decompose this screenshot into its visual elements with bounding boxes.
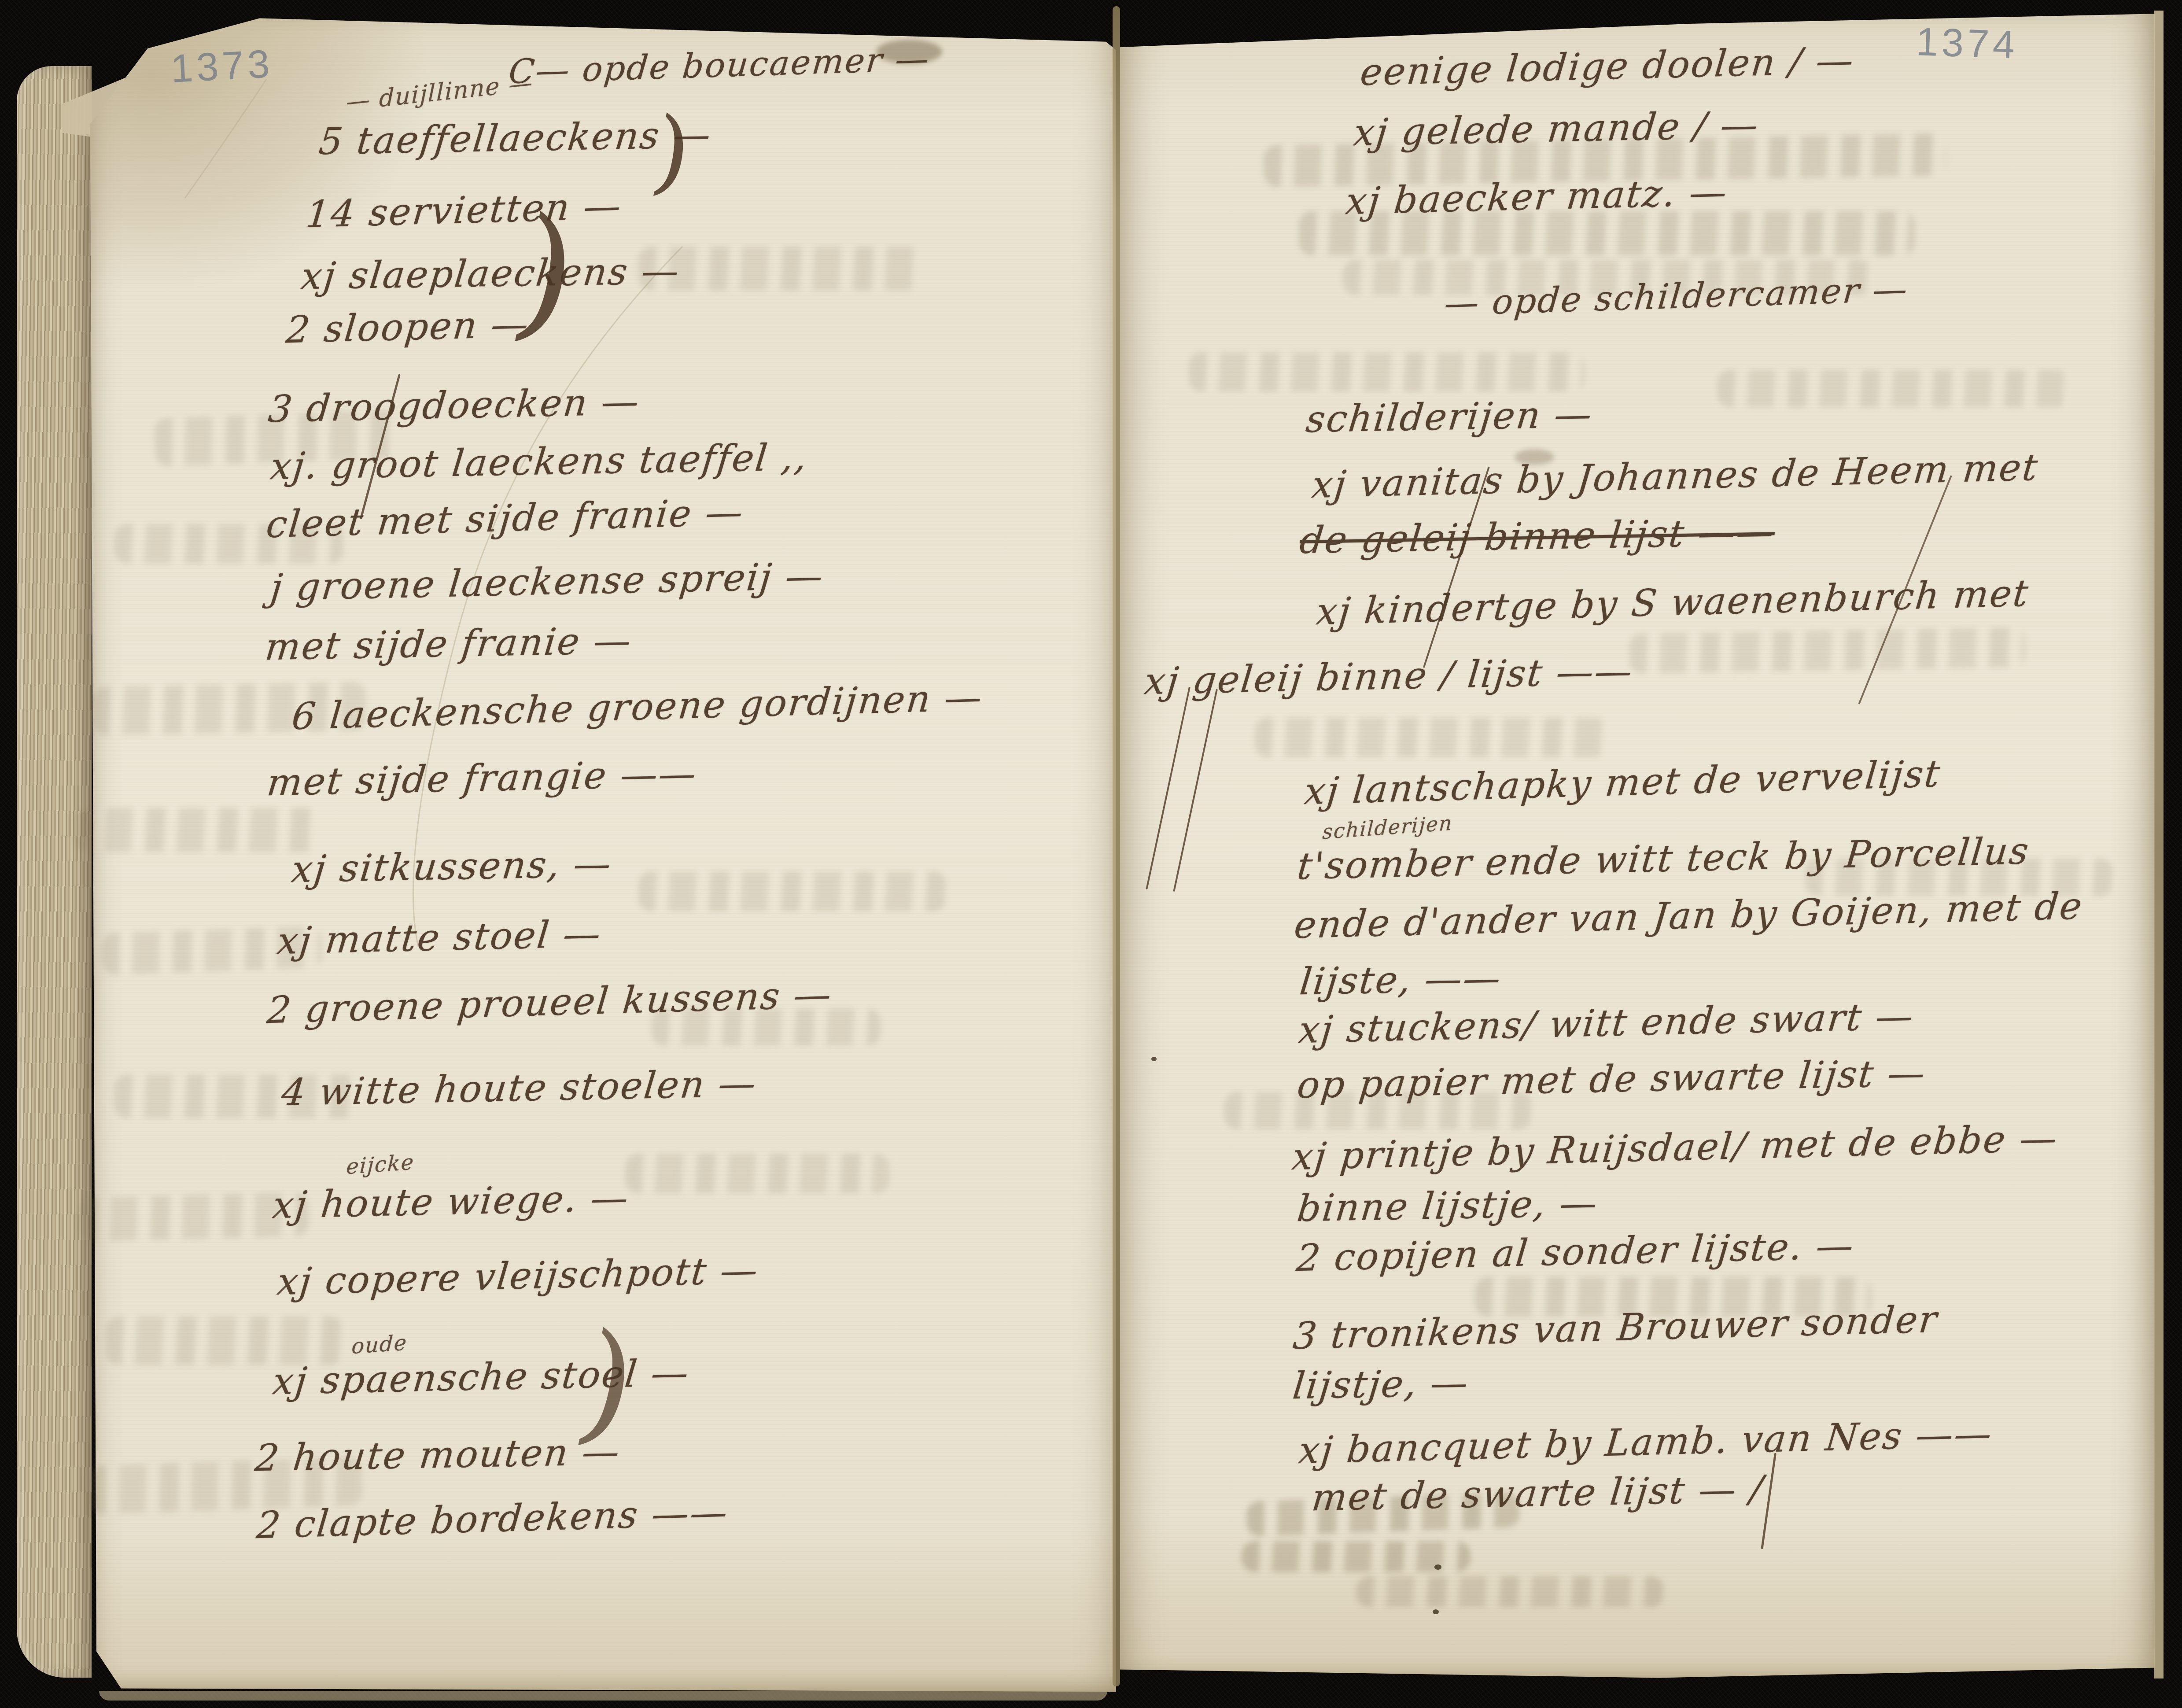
manuscript-line: 2 houte mouten —	[253, 1430, 623, 1480]
manuscript-line: lijstje, —	[1291, 1361, 1471, 1407]
manuscript-line: lijste, ——	[1298, 956, 1504, 1003]
manuscript-line-struck: de geleij binne lijst ——	[1298, 510, 1777, 562]
ink-speck	[1151, 1057, 1157, 1061]
pencil-folio-number-left: 1373	[170, 41, 274, 92]
manuscript-line: xj houte wiege. —	[271, 1176, 631, 1227]
ghost-bleedthrough	[625, 1154, 889, 1193]
right-page-edge	[2154, 11, 2164, 1678]
manuscript-line: xj gelede mande / —	[1352, 103, 1761, 154]
pencil-folio-number-right: 1374	[1915, 19, 2019, 68]
ghost-bleedthrough	[1629, 627, 2026, 674]
manuscript-line: xj slaeplaeckens —	[299, 249, 682, 298]
interlinear-word: oude	[351, 1330, 408, 1359]
interlinear-word: eijcke	[346, 1150, 415, 1179]
manuscript-line: binne lijstje, —	[1295, 1181, 1600, 1230]
manuscript-line: 4 witte houte stoelen —	[280, 1062, 759, 1114]
ghost-bleedthrough	[1189, 352, 1585, 392]
manuscript-line: xj sitkussens, —	[290, 842, 615, 891]
ghost-bleedthrough	[1717, 370, 2069, 407]
manuscript-line: xj matte stoel —	[275, 912, 604, 963]
book-fore-edge	[17, 66, 92, 1678]
ghost-bleedthrough	[1356, 1576, 1664, 1607]
manuscript-scan: 1373 1374 — duijllinne — C— opde boucaem…	[0, 0, 2182, 1708]
manuscript-line: met sijde frangie ——	[265, 752, 699, 804]
ink-speck	[1434, 1564, 1441, 1570]
ghost-bleedthrough	[75, 808, 321, 852]
manuscript-line: 3 droogdoecken —	[266, 380, 642, 431]
ghost-bleedthrough	[638, 872, 947, 911]
manuscript-line: 2 sloopen —	[284, 302, 531, 352]
manuscript-line: met sijde franie —	[263, 619, 634, 668]
bottom-page-stack	[99, 1691, 1107, 1701]
book-gutter	[1113, 6, 1120, 1686]
ink-speck	[1433, 1609, 1439, 1614]
manuscript-line: met de swarte lijst — /	[1310, 1467, 1766, 1519]
ghost-bleedthrough	[1255, 718, 1607, 757]
ghost-bleedthrough	[106, 1317, 343, 1365]
manuscript-line: schilderijen —	[1304, 393, 1595, 441]
